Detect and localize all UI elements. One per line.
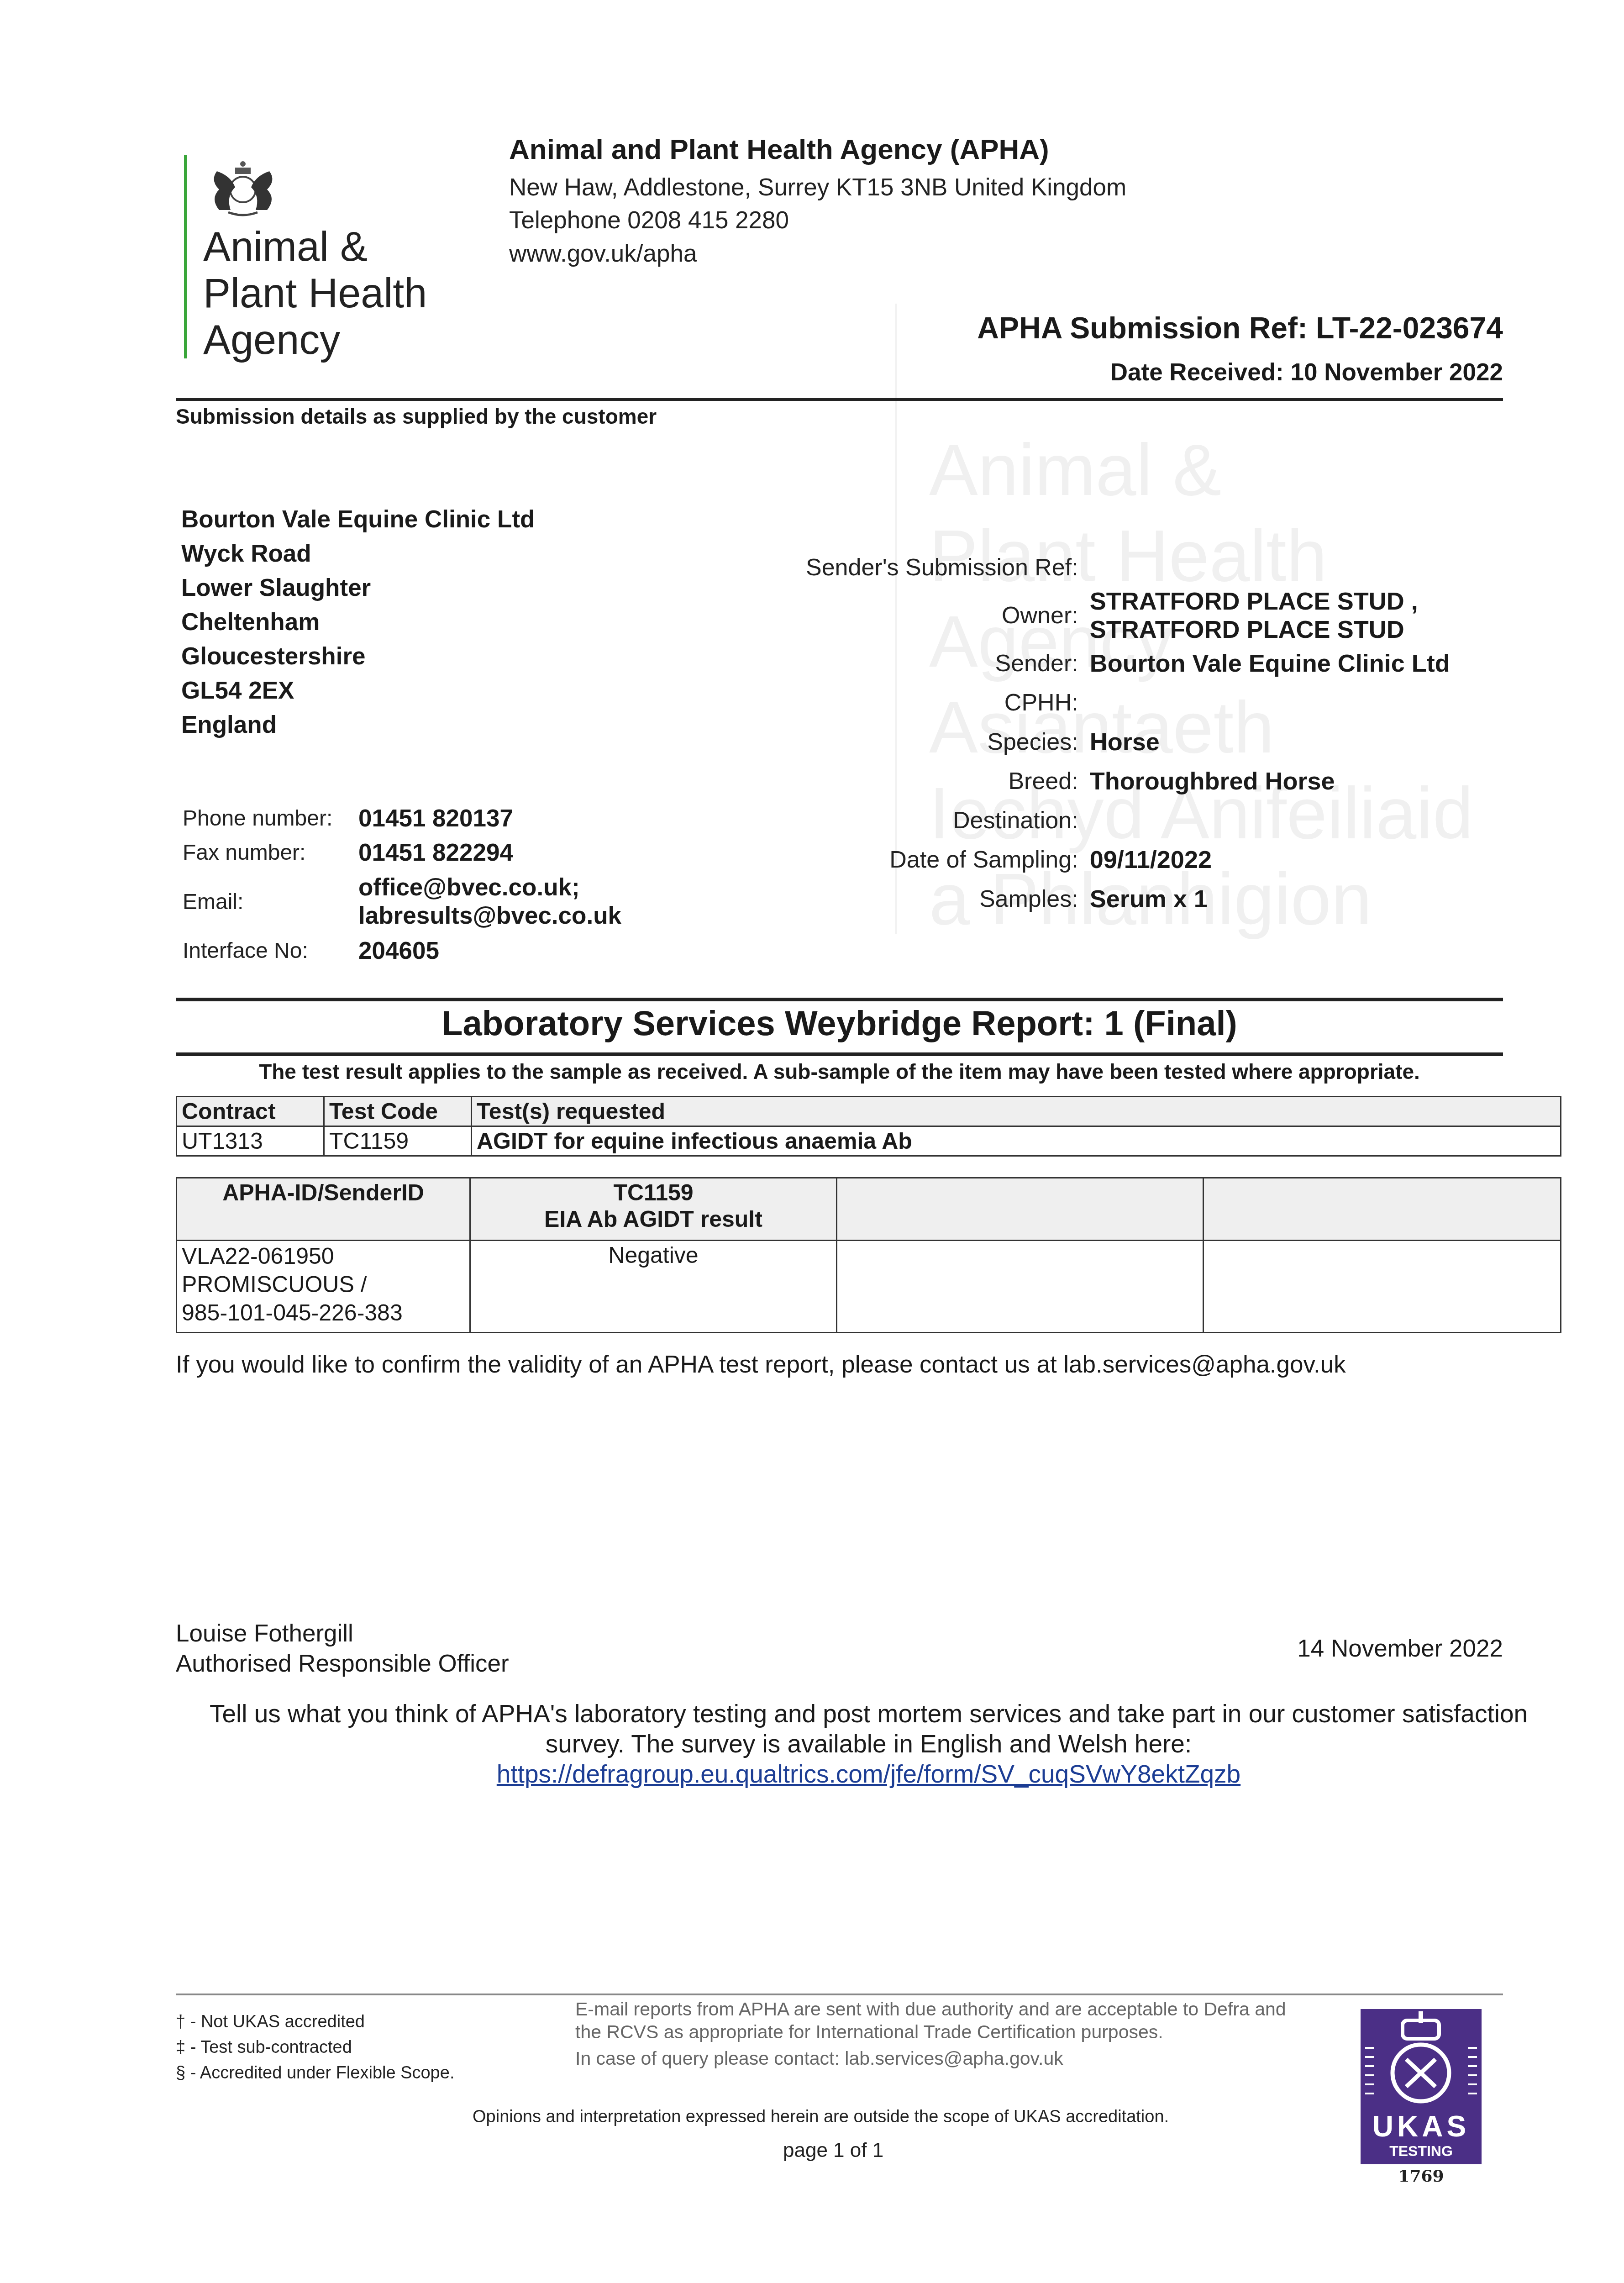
report-title: Laboratory Services Weybridge Report: 1 …: [176, 1004, 1503, 1043]
address-line: Bourton Vale Equine Clinic Ltd: [181, 502, 535, 537]
crown-icon: [1361, 2009, 1482, 2109]
date-received: Date Received: 10 November 2022: [1110, 358, 1503, 386]
footer-legend: † - Not UKAS accredited ‡ - Test sub-con…: [176, 2009, 454, 2086]
survey-link[interactable]: https://defragroup.eu.qualtrics.com/jfe/…: [497, 1760, 1240, 1788]
agency-website[interactable]: www.gov.uk/apha: [509, 240, 697, 268]
ukas-logo: UKAS TESTING: [1361, 2009, 1482, 2164]
report-top-rule: [176, 998, 1503, 1001]
page-number: page 1 of 1: [783, 2139, 883, 2162]
col-empty-1: [837, 1178, 1204, 1241]
contract-cell: UT1313: [177, 1126, 324, 1156]
ukas-sub: TESTING: [1361, 2141, 1482, 2161]
report-bottom-rule: [176, 1052, 1503, 1056]
confirm-validity-note: If you would like to confirm the validit…: [176, 1351, 1346, 1378]
test-requested-cell: AGIDT for equine infectious anaemia Ab: [472, 1126, 1561, 1156]
detail-row: Sender's Submission Ref:: [806, 548, 1450, 587]
address-line: Gloucestershire: [181, 639, 535, 673]
agency-name: Animal and Plant Health Agency (APHA): [509, 133, 1049, 166]
detail-value: Horse: [1090, 722, 1450, 762]
query-note: In case of query please contact: lab.ser…: [575, 2047, 1306, 2070]
legend-item: ‡ - Test sub-contracted: [176, 2035, 454, 2060]
detail-label: Breed:: [806, 762, 1090, 801]
detail-value: STRATFORD PLACE STUD , STRATFORD PLACE S…: [1090, 587, 1450, 644]
address-line: Lower Slaughter: [181, 571, 535, 605]
interface-label: Interface No:: [183, 934, 358, 968]
footer-email-note: E-mail reports from APHA are sent with d…: [575, 1998, 1306, 2070]
detail-value: Bourton Vale Equine Clinic Ltd: [1090, 644, 1450, 683]
results-table: APHA-ID/SenderID TC1159 EIA Ab AGIDT res…: [176, 1177, 1561, 1333]
submission-ref: APHA Submission Ref: LT-22-023674: [977, 310, 1503, 345]
legend-item: † - Not UKAS accredited: [176, 2009, 454, 2035]
detail-label: CPHH:: [806, 683, 1090, 722]
survey-note: Tell us what you think of APHA's laborat…: [176, 1699, 1561, 1789]
agency-address: New Haw, Addlestone, Surrey KT15 3NB Uni…: [509, 174, 1126, 201]
signatory-name: Louise Fothergill: [176, 1619, 509, 1649]
detail-value: [1090, 683, 1450, 722]
address-line: Cheltenham: [181, 605, 535, 639]
detail-label: Date of Sampling:: [806, 840, 1090, 879]
col-contract: Contract: [177, 1097, 324, 1126]
signatory: Louise Fothergill Authorised Responsible…: [176, 1619, 509, 1679]
address-line: England: [181, 708, 535, 742]
agency-telephone: Telephone 0208 415 2280: [509, 206, 789, 234]
opinions-note: Opinions and interpretation expressed he…: [473, 2107, 1169, 2127]
fax-value: 01451 822294: [358, 836, 621, 870]
logo-line: Agency: [203, 317, 427, 363]
ukas-name: UKAS: [1361, 2112, 1482, 2141]
sample-id-cell: VLA22-061950 PROMISCUOUS / 985-101-045-2…: [177, 1241, 470, 1333]
col-tests-requested: Test(s) requested: [472, 1097, 1561, 1126]
detail-value: 09/11/2022: [1090, 840, 1450, 879]
detail-label: Sender's Submission Ref:: [806, 548, 1090, 587]
email-label: Email:: [183, 870, 358, 934]
address-line: GL54 2EX: [181, 673, 535, 708]
agency-logo-wordmark: Animal & Plant Health Agency: [203, 224, 427, 363]
empty-cell: [837, 1241, 1204, 1333]
detail-label: Sender:: [806, 644, 1090, 683]
table-row: VLA22-061950 PROMISCUOUS / 985-101-045-2…: [177, 1241, 1561, 1333]
interface-value: 204605: [358, 934, 621, 968]
detail-value: Thoroughbred Horse: [1090, 762, 1450, 801]
email-reports-note: E-mail reports from APHA are sent with d…: [575, 1998, 1306, 2043]
detail-value: [1090, 801, 1450, 840]
detail-row: Samples:Serum x 1: [806, 879, 1450, 919]
signature-date: 14 November 2022: [1297, 1635, 1503, 1662]
detail-row: CPHH:: [806, 683, 1450, 722]
detail-row: Destination:: [806, 801, 1450, 840]
tests-requested-table: Contract Test Code Test(s) requested UT1…: [176, 1096, 1561, 1157]
detail-row: Sender:Bourton Vale Equine Clinic Ltd: [806, 644, 1450, 683]
logo-line: Animal &: [203, 224, 427, 270]
detail-row: Breed:Thoroughbred Horse: [806, 762, 1450, 801]
phone-label: Phone number:: [183, 801, 358, 836]
customer-address: Bourton Vale Equine Clinic Ltd Wyck Road…: [181, 502, 535, 742]
address-line: Wyck Road: [181, 537, 535, 571]
detail-value: [1090, 548, 1450, 587]
legend-item: § - Accredited under Flexible Scope.: [176, 2060, 454, 2086]
detail-label: Owner:: [806, 587, 1090, 644]
test-code-cell: TC1159: [324, 1126, 472, 1156]
detail-label: Samples:: [806, 879, 1090, 919]
survey-text-1: Tell us what you think of APHA's laborat…: [176, 1699, 1561, 1729]
supplied-heading: Submission details as supplied by the cu…: [176, 404, 657, 429]
detail-row: Date of Sampling:09/11/2022: [806, 840, 1450, 879]
email-value-2[interactable]: labresults@bvec.co.uk: [358, 902, 621, 930]
detail-row: Species:Horse: [806, 722, 1450, 762]
detail-label: Destination:: [806, 801, 1090, 840]
col-empty-2: [1204, 1178, 1561, 1241]
survey-text-2: survey. The survey is available in Engli…: [176, 1729, 1561, 1759]
signatory-role: Authorised Responsible Officer: [176, 1649, 509, 1679]
logo-line: Plant Health: [203, 270, 427, 317]
fax-label: Fax number:: [183, 836, 358, 870]
contact-block: Phone number:01451 820137 Fax number:014…: [183, 801, 621, 968]
phone-value: 01451 820137: [358, 801, 621, 836]
email-value-1[interactable]: office@bvec.co.uk;: [358, 873, 621, 902]
col-test-code: Test Code: [324, 1097, 472, 1126]
submission-details: Sender's Submission Ref:Owner:STRATFORD …: [806, 548, 1450, 919]
royal-crest-icon: [203, 158, 283, 219]
empty-cell: [1204, 1241, 1561, 1333]
ukas-number: 1769: [1365, 2167, 1477, 2186]
result-cell: Negative: [470, 1241, 837, 1333]
col-tc1159-result: TC1159 EIA Ab AGIDT result: [470, 1178, 837, 1241]
col-apha-id: APHA-ID/SenderID: [177, 1178, 470, 1241]
detail-label: Species:: [806, 722, 1090, 762]
header-divider: [176, 398, 1503, 401]
detail-value: Serum x 1: [1090, 879, 1450, 919]
detail-row: Owner:STRATFORD PLACE STUD , STRATFORD P…: [806, 587, 1450, 644]
applies-note: The test result applies to the sample as…: [176, 1059, 1503, 1084]
footer-divider: [176, 1994, 1503, 1995]
logo-green-bar: [184, 155, 187, 358]
table-row: UT1313 TC1159 AGIDT for equine infectiou…: [177, 1126, 1561, 1156]
